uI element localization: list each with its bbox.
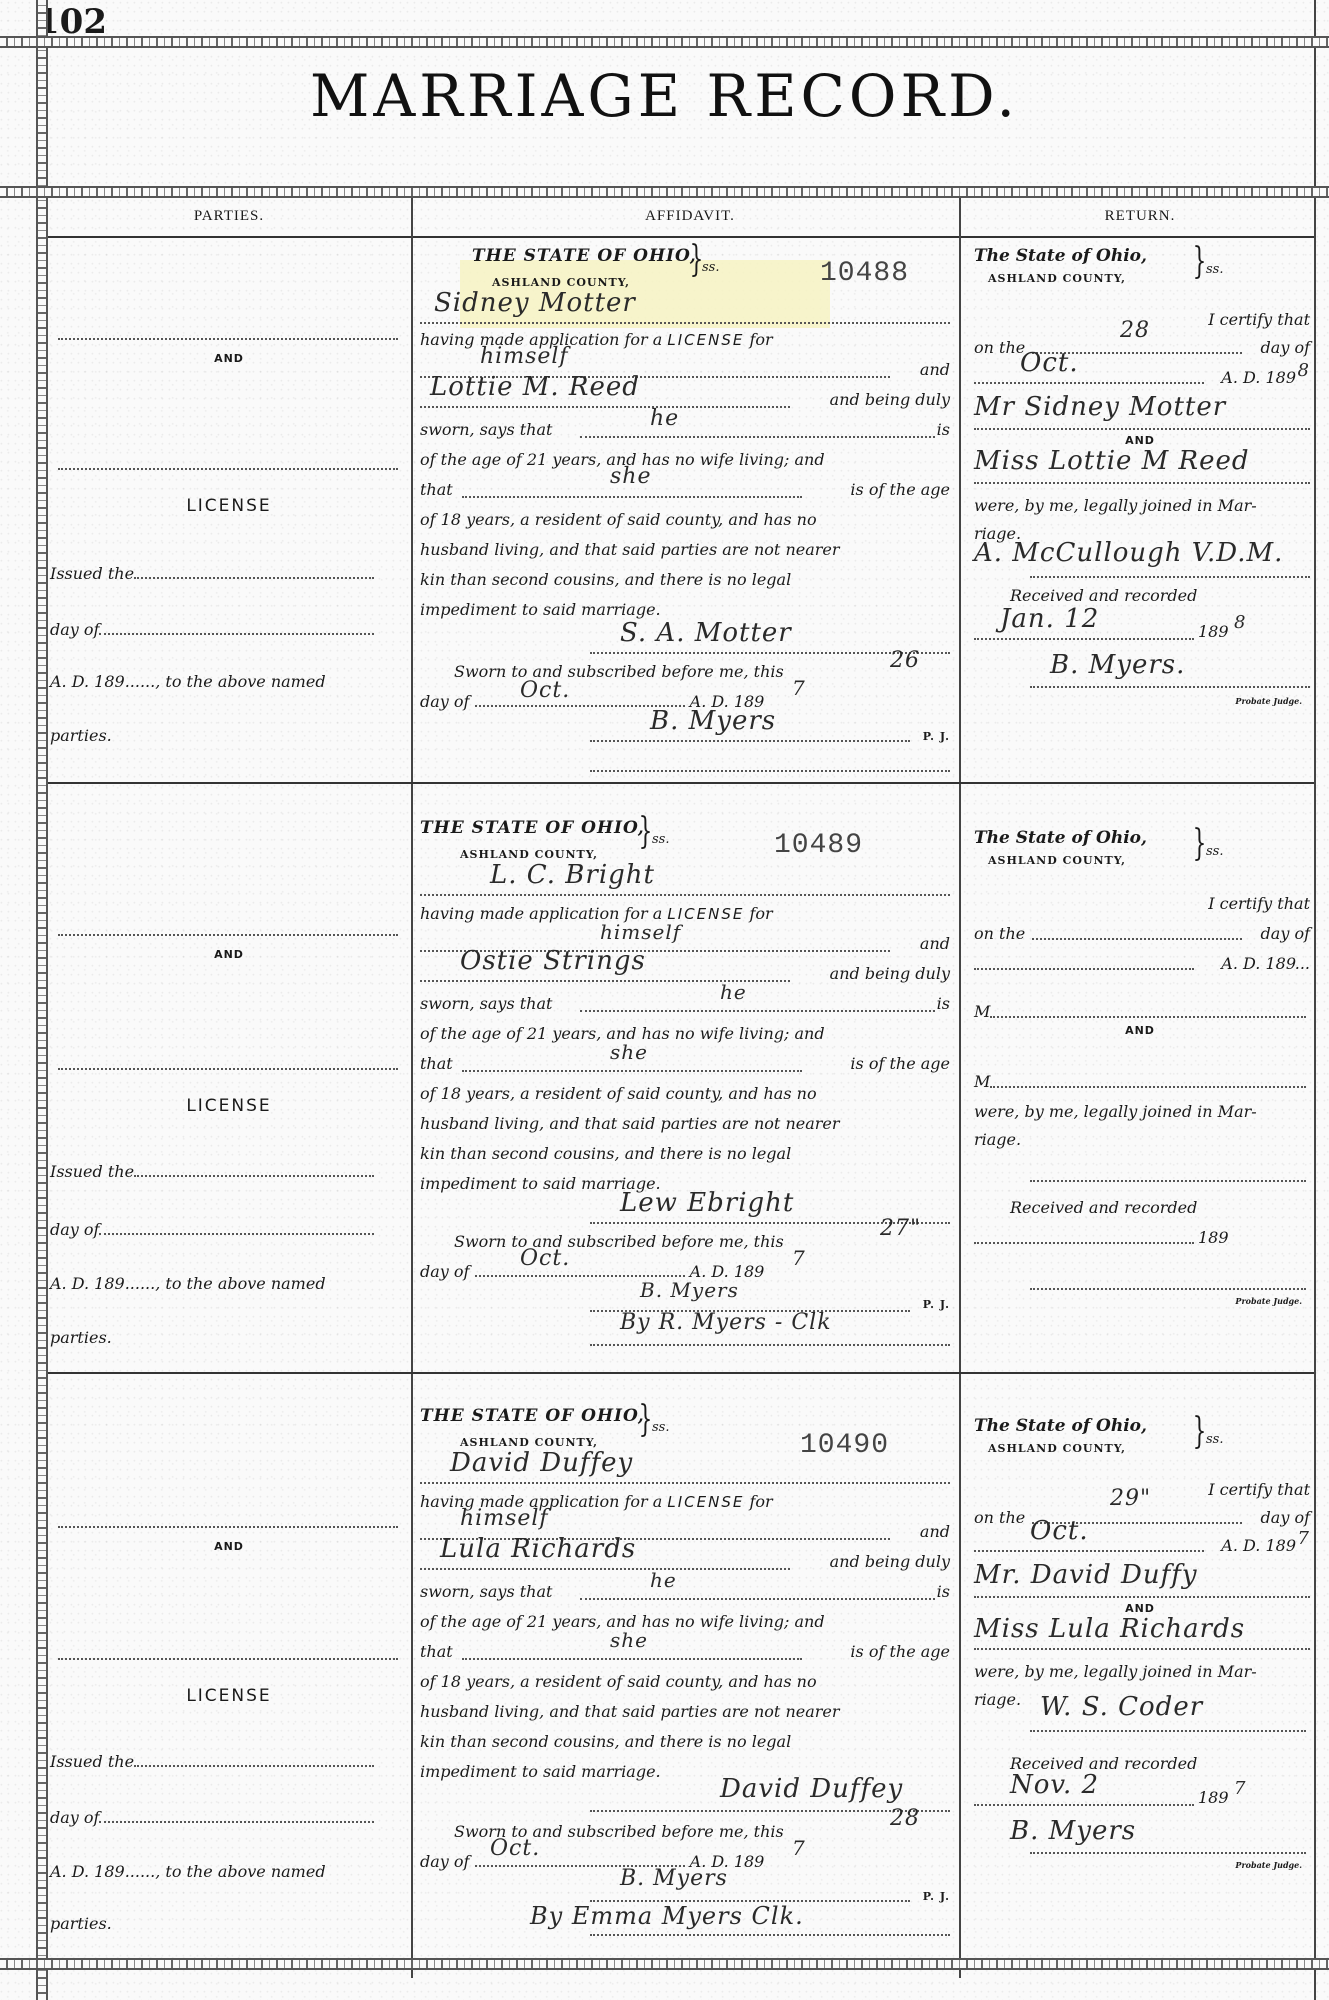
brace-icon: } xyxy=(1193,244,1207,280)
and-label: AND xyxy=(48,1540,410,1553)
issued-blank xyxy=(134,1175,374,1177)
for-word: for xyxy=(749,1492,772,1511)
return-year-digit: ... xyxy=(1295,954,1310,973)
day-of-ret: day of xyxy=(1261,924,1310,943)
column-header-parties: PARTIES. xyxy=(48,208,410,225)
on-the: on the xyxy=(974,338,1025,357)
ad-189-ret: A. D. 189 xyxy=(1221,1536,1296,1555)
day-line xyxy=(1032,938,1242,940)
judge-line xyxy=(1030,686,1310,688)
ss-label: ss. xyxy=(652,832,669,847)
column-header-return: RETURN. xyxy=(970,208,1310,225)
groom-line xyxy=(58,338,398,340)
month-line xyxy=(974,382,1204,384)
issued-blank xyxy=(134,577,374,579)
he-line xyxy=(580,436,935,438)
and-word: and xyxy=(920,360,950,379)
return-groom: Mr Sidney Motter xyxy=(974,392,1226,422)
he-she-2: she xyxy=(610,464,651,489)
i-certify: I certify that xyxy=(1208,1480,1310,1499)
clerk-line xyxy=(590,1934,950,1936)
bride-line xyxy=(974,1648,1310,1650)
he-she-1: he xyxy=(720,980,747,1004)
age-18-line: of 18 years, a resident of said county, … xyxy=(420,1672,950,1691)
top-ornamental-border xyxy=(0,36,1329,48)
parties-end: parties. xyxy=(50,1914,112,1933)
is-of-the-age: is of the age xyxy=(850,1642,950,1661)
applicant-signature: Lew Ebright xyxy=(620,1188,794,1218)
ad-line: A. D. 189......, to the above named xyxy=(50,1862,326,1881)
judge-line xyxy=(1030,1288,1306,1290)
clerk-line xyxy=(590,1344,950,1346)
sworn-year-digit: 7 xyxy=(792,676,806,700)
license-for: himself xyxy=(460,1506,549,1531)
husband-line: husband living, and that said parties ar… xyxy=(420,540,950,559)
license-label: LICENSE xyxy=(48,496,410,516)
and-being-duly: and being duly xyxy=(830,390,950,409)
applicant-signature: S. A. Motter xyxy=(620,618,792,648)
riage-line: riage. xyxy=(974,1690,1021,1709)
year-189: 189 xyxy=(1198,622,1229,641)
applicant-line xyxy=(420,1482,950,1484)
marriage-record-page: 102 MARRIAGE RECORD. PARTIES. AFFIDAVIT.… xyxy=(0,0,1329,2000)
day-of-ret: day of xyxy=(1261,1508,1310,1527)
return-ashland-county: ASHLAND COUNTY, xyxy=(988,1442,1126,1455)
clerk-line xyxy=(590,770,950,772)
and-word: and xyxy=(920,1522,950,1541)
return-state-of-ohio: The State of Ohio, xyxy=(974,828,1147,848)
return-judge: B. Myers. xyxy=(1050,650,1185,680)
for-word: for xyxy=(749,904,772,923)
is-of-the-age: is of the age xyxy=(850,1054,950,1073)
on-the: on the xyxy=(974,924,1025,943)
recorded-year-digit: 8 xyxy=(1234,612,1246,633)
issued-the-label: Issued the xyxy=(50,564,134,583)
record-10488: AND LICENSE Issued the day of A. D. 189.… xyxy=(48,238,1314,782)
bride-line xyxy=(974,482,1310,484)
probate-judge-label: Probate Judge. xyxy=(1235,1860,1302,1870)
recorded-year-digit: 7 xyxy=(1234,1778,1246,1799)
day-of-aff-label: day of xyxy=(420,1262,469,1281)
husband-line: husband living, and that said parties ar… xyxy=(420,1114,950,1133)
right-border xyxy=(1314,0,1316,2000)
ss-label: ss. xyxy=(1206,262,1223,277)
pj-label: P. J. xyxy=(923,1890,950,1903)
issued-the-label: Issued the xyxy=(50,1162,134,1181)
age-21-line: of the age of 21 years, and has no wife … xyxy=(420,1024,950,1043)
and-word: and xyxy=(920,934,950,953)
bride-line xyxy=(990,1086,1306,1088)
license-word: LICENSE xyxy=(667,331,744,349)
return-groom: Mr. David Duffy xyxy=(974,1560,1198,1590)
recorded-line xyxy=(974,1242,1194,1244)
day-of-ret: day of xyxy=(1261,338,1310,357)
day-blank xyxy=(99,633,374,635)
state-of-ohio: THE STATE OF OHIO, xyxy=(420,1406,645,1426)
issued-the: Issued the xyxy=(50,564,374,583)
probate-judge-signature: B. Myers xyxy=(640,1278,739,1302)
left-ornamental-border xyxy=(36,0,48,2000)
return-day: 29" xyxy=(1110,1486,1151,1511)
license-for: himself xyxy=(600,920,681,944)
year-189: 189 xyxy=(1198,1228,1229,1247)
groom-line xyxy=(990,1016,1306,1018)
age-18-line: of 18 years, a resident of said county, … xyxy=(420,510,950,529)
day-of-label: day of xyxy=(50,1808,99,1827)
age-21-line: of the age of 21 years, and has no wife … xyxy=(420,450,950,469)
groom-line xyxy=(974,1596,1310,1598)
parties-end: parties. xyxy=(50,726,112,745)
ss-label: ss. xyxy=(1206,844,1223,859)
month-blank xyxy=(475,1275,685,1277)
officiant-line xyxy=(1030,576,1310,578)
bride-line xyxy=(58,1068,398,1070)
ad-189-ret: A. D. 189 xyxy=(1221,368,1296,387)
bride-line xyxy=(58,468,398,470)
bride-name: Lottie M. Reed xyxy=(430,372,640,402)
issued-the: Issued the xyxy=(50,1752,374,1771)
bride-line xyxy=(420,1568,790,1570)
day-of-label: day of xyxy=(50,1220,99,1239)
sworn-month: Oct. xyxy=(520,678,570,703)
issued-blank xyxy=(134,1765,374,1767)
bride-line xyxy=(58,1658,398,1660)
return-month: Oct. xyxy=(1020,348,1079,378)
and-label: AND xyxy=(48,948,410,961)
he-line xyxy=(580,1010,935,1012)
applicant-line xyxy=(420,322,950,324)
return-ashland-county: ASHLAND COUNTY, xyxy=(988,854,1126,867)
day-of-label: day of xyxy=(50,620,99,639)
for-word: for xyxy=(749,330,772,349)
applicant-signature: David Duffey xyxy=(720,1774,903,1804)
groom-line xyxy=(58,934,398,936)
he-she-2: she xyxy=(610,1628,648,1652)
state-of-ohio: THE STATE OF OHIO, xyxy=(472,246,697,266)
license-word: LICENSE xyxy=(667,1493,744,1511)
joined-line: were, by me, legally joined in Mar- xyxy=(974,496,1257,515)
recorded-date: Nov. 2 xyxy=(1010,1770,1099,1800)
day-of: day of xyxy=(50,620,374,639)
recorded-line xyxy=(974,638,1194,640)
is-word: is xyxy=(937,994,950,1013)
return-bride: Miss Lula Richards xyxy=(974,1614,1245,1644)
return-month: Oct. xyxy=(1030,1516,1089,1546)
sworn-month: Oct. xyxy=(520,1246,570,1271)
pj-label: P. J. xyxy=(923,1298,950,1311)
ad-189-ret: A. D. 189 xyxy=(1221,954,1296,973)
probate-judge-signature: B. Myers xyxy=(650,706,776,736)
sworn-year-digit: 7 xyxy=(792,1246,806,1270)
application-line: having made application for a LICENSE fo… xyxy=(420,904,950,923)
sworn-says-label: sworn, says that xyxy=(420,420,552,439)
husband-line: husband living, and that said parties ar… xyxy=(420,1702,950,1721)
and-being-duly: and being duly xyxy=(830,964,950,983)
month-line xyxy=(974,968,1194,970)
applicant-line xyxy=(420,894,950,896)
sworn-day: 27" xyxy=(880,1216,921,1241)
day-blank xyxy=(99,1233,374,1235)
is-word: is xyxy=(937,1582,950,1601)
bride-name: Lula Richards xyxy=(440,1534,636,1564)
impediment-line: impediment to said marriage. xyxy=(420,600,950,619)
year-189: 189 xyxy=(1198,1788,1229,1807)
bride-name: Ostie Strings xyxy=(460,946,646,976)
probate-judge-label: Probate Judge. xyxy=(1235,1296,1302,1306)
age-21-line: of the age of 21 years, and has no wife … xyxy=(420,1612,950,1631)
joined-line: were, by me, legally joined in Mar- xyxy=(974,1102,1257,1121)
return-officiant: W. S. Coder xyxy=(1040,1692,1203,1722)
license-for: himself xyxy=(480,344,569,369)
license-label: LICENSE xyxy=(48,1096,410,1116)
and-label: AND xyxy=(48,352,410,365)
applicant-name: Sidney Motter xyxy=(434,288,636,318)
officiant-line xyxy=(1030,1730,1306,1732)
sworn-day: 26 xyxy=(890,648,920,673)
brace-icon: } xyxy=(639,1402,653,1438)
joined-line: were, by me, legally joined in Mar- xyxy=(974,1662,1257,1681)
brace-icon: } xyxy=(1193,1414,1207,1450)
pj-label: P. J. xyxy=(923,730,950,743)
on-the: on the xyxy=(974,1508,1025,1527)
m-prefix-2: M xyxy=(974,1072,990,1091)
officiant-line xyxy=(1030,1180,1306,1182)
day-of-aff-label: day of xyxy=(420,692,469,711)
title-ornamental-border xyxy=(0,186,1329,198)
she-line xyxy=(462,1070,802,1072)
groom-line xyxy=(974,428,1310,430)
state-of-ohio: THE STATE OF OHIO, xyxy=(420,818,645,838)
and-being-duly: and being duly xyxy=(830,1552,950,1571)
ad-line: A. D. 189......, to the above named xyxy=(50,672,326,691)
kin-line: kin than second cousins, and there is no… xyxy=(420,1144,950,1163)
that-label: that xyxy=(420,1054,453,1073)
month-line xyxy=(974,1550,1204,1552)
she-line xyxy=(462,1658,802,1660)
issued-the: Issued the xyxy=(50,1162,374,1181)
return-year-digit: 8 xyxy=(1298,360,1310,381)
bottom-ornamental-border xyxy=(0,1958,1329,1970)
probate-judge-label: Probate Judge. xyxy=(1235,696,1302,706)
he-she-1: he xyxy=(650,1568,677,1592)
received-recorded: Received and recorded xyxy=(1010,586,1197,605)
sworn-to-label: Sworn to and subscribed before me, this xyxy=(454,1232,784,1251)
recorded-line xyxy=(974,1804,1194,1806)
issued-the-label: Issued the xyxy=(50,1752,134,1771)
parties-end: parties. xyxy=(50,1328,112,1347)
return-judge: B. Myers xyxy=(1010,1816,1136,1846)
judge-line xyxy=(590,740,910,742)
brace-icon: } xyxy=(1193,826,1207,862)
record-10489: AND LICENSE Issued the day of A. D. 189.… xyxy=(48,784,1314,1372)
return-state-of-ohio: The State of Ohio, xyxy=(974,1416,1147,1436)
sworn-month: Oct. xyxy=(490,1836,540,1861)
clerk-signature: By Emma Myers Clk. xyxy=(530,1902,804,1930)
he-she-2: she xyxy=(610,1040,648,1064)
she-line xyxy=(462,496,802,498)
judge-line xyxy=(1030,1852,1306,1854)
m-prefix: M xyxy=(974,1002,990,1021)
he-she-1: he xyxy=(650,406,679,431)
record-number: 10488 xyxy=(820,258,909,289)
day-of: day of xyxy=(50,1808,374,1827)
brace-icon: } xyxy=(639,814,653,850)
record-number: 10489 xyxy=(774,830,863,861)
record-number: 10490 xyxy=(800,1430,889,1461)
return-year-digit: 7 xyxy=(1298,1528,1310,1549)
is-word: is xyxy=(937,420,950,439)
day-of-aff-label: day of xyxy=(420,1852,469,1871)
applicant-name: L. C. Bright xyxy=(490,860,655,890)
i-certify: I certify that xyxy=(1208,310,1310,329)
ss-label: ss. xyxy=(652,1420,669,1435)
ss-label: ss. xyxy=(702,260,719,275)
that-label: that xyxy=(420,480,453,499)
that-label: that xyxy=(420,1642,453,1661)
bride-line xyxy=(420,406,790,408)
sworn-says-label: sworn, says that xyxy=(420,1582,552,1601)
record-10490: AND LICENSE Issued the day of A. D. 189.… xyxy=(48,1374,1314,1958)
column-header-affidavit: AFFIDAVIT. xyxy=(420,208,960,225)
day-of: day of xyxy=(50,1220,374,1239)
day-blank xyxy=(99,1821,374,1823)
recorded-date: Jan. 12 xyxy=(1000,604,1099,634)
sworn-says-label: sworn, says that xyxy=(420,994,552,1013)
is-of-the-age: is of the age xyxy=(850,480,950,499)
license-label: LICENSE xyxy=(48,1686,410,1706)
return-day: 28 xyxy=(1120,318,1150,343)
probate-judge-signature: B. Myers xyxy=(620,1866,728,1891)
return-officiant: A. McCullough V.D.M. xyxy=(974,538,1283,568)
received-recorded: Received and recorded xyxy=(1010,1198,1197,1217)
applicant-name: David Duffey xyxy=(450,1448,633,1478)
sworn-day: 28 xyxy=(890,1806,920,1831)
age-18-line: of 18 years, a resident of said county, … xyxy=(420,1084,950,1103)
return-bride: Miss Lottie M Reed xyxy=(974,446,1250,476)
riage-line: riage. xyxy=(974,1130,1021,1149)
return-and: AND xyxy=(970,1024,1310,1037)
groom-line xyxy=(58,1526,398,1528)
kin-line: kin than second cousins, and there is no… xyxy=(420,1732,950,1751)
ad-line: A. D. 189......, to the above named xyxy=(50,1274,326,1293)
clerk-signature: By R. Myers - Clk xyxy=(620,1310,832,1335)
sworn-to-label: Sworn to and subscribed before me, this xyxy=(454,662,784,681)
kin-line: kin than second cousins, and there is no… xyxy=(420,570,950,589)
return-ashland-county: ASHLAND COUNTY, xyxy=(988,272,1126,285)
sworn-year-digit: 7 xyxy=(792,1836,806,1860)
i-certify: I certify that xyxy=(1208,894,1310,913)
return-state-of-ohio: The State of Ohio, xyxy=(974,246,1147,266)
he-line xyxy=(580,1598,935,1600)
ss-label: ss. xyxy=(1206,1432,1223,1447)
page-title: MARRIAGE RECORD. xyxy=(0,62,1329,130)
